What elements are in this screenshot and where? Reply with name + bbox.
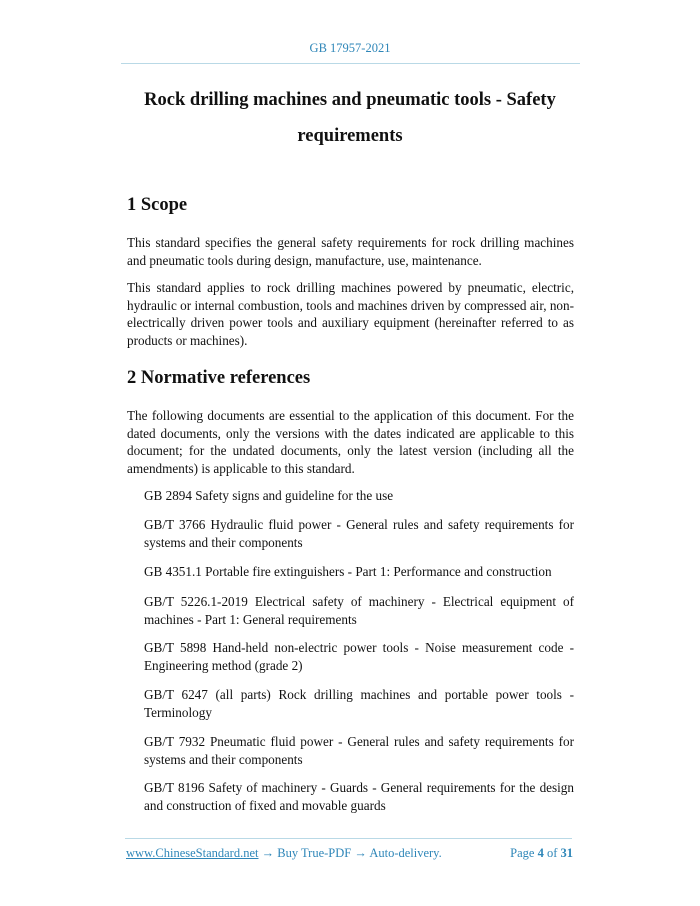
arrow-right-icon: → (262, 846, 275, 860)
reference-item: GB 4351.1 Portable fire extinguishers - … (144, 563, 574, 581)
document-title: Rock drilling machines and pneumatic too… (120, 82, 580, 154)
reference-item: GB/T 8196 Safety of machinery - Guards -… (144, 779, 574, 814)
page-header-code: GB 17957-2021 (0, 41, 700, 56)
footer-step-delivery: Auto-delivery. (369, 846, 441, 860)
reference-item: GB/T 5898 Hand-held non-electric power t… (144, 639, 574, 674)
reference-item: GB/T 6247 (all parts) Rock drilling mach… (144, 686, 574, 721)
section-heading-normative-references: 2 Normative references (127, 368, 310, 389)
normative-references-intro: The following documents are essential to… (127, 407, 574, 477)
reference-item: GB/T 3766 Hydraulic fluid power - Genera… (144, 516, 574, 551)
section-heading-scope: 1 Scope (127, 195, 187, 216)
scope-paragraph-1: This standard specifies the general safe… (127, 234, 574, 269)
footer-promo: www.ChineseStandard.net → Buy True-PDF →… (126, 846, 442, 861)
page-label: Page (510, 846, 534, 860)
reference-item: GB/T 7932 Pneumatic fluid power - Genera… (144, 733, 574, 768)
page-total: 31 (561, 846, 574, 860)
document-title-line1: Rock drilling machines and pneumatic too… (144, 90, 556, 110)
reference-item: GB/T 5226.1-2019 Electrical safety of ma… (144, 593, 574, 628)
reference-item: GB 2894 Safety signs and guideline for t… (144, 487, 574, 505)
page-indicator: Page 4 of 31 (510, 846, 573, 861)
footer-divider (125, 838, 572, 839)
document-title-line2: requirements (297, 126, 402, 146)
chinesestandard-link[interactable]: www.ChineseStandard.net (126, 846, 259, 860)
footer-step-buy: Buy True-PDF (277, 846, 351, 860)
scope-paragraph-2: This standard applies to rock drilling m… (127, 279, 574, 349)
page-current: 4 (538, 846, 544, 860)
arrow-right-icon: → (354, 846, 367, 860)
header-divider (121, 63, 580, 64)
page-of-label: of (547, 846, 557, 860)
